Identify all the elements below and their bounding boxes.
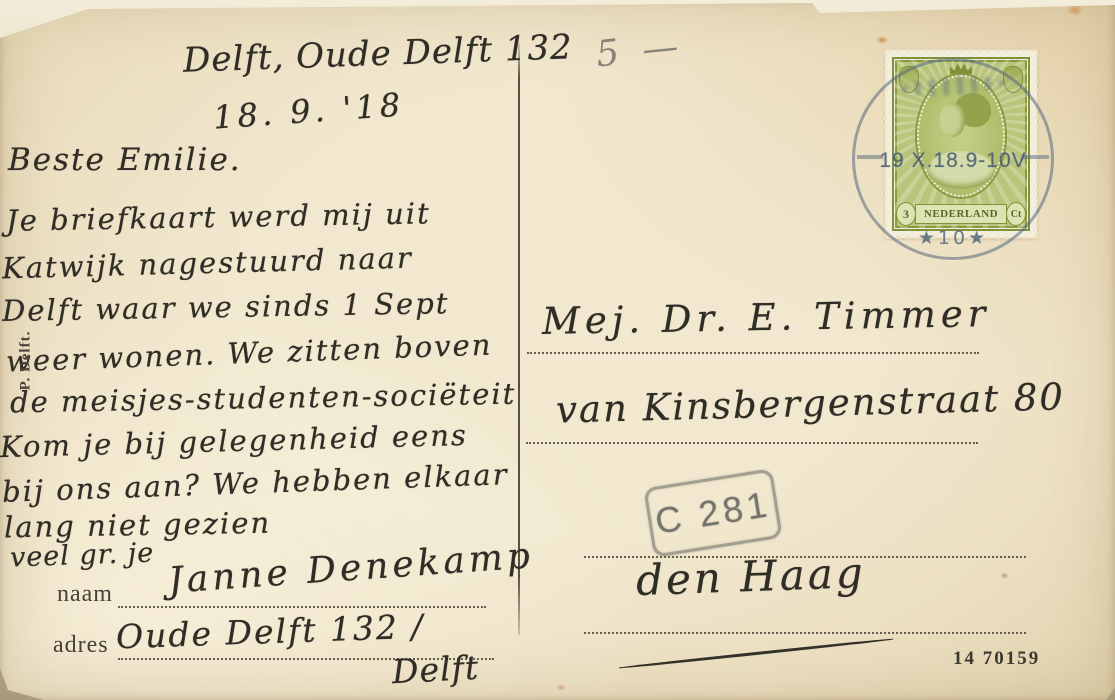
name-dotted-line — [118, 606, 486, 608]
foxing-spot — [1000, 572, 1009, 579]
address-line-2: van Kinsbergenstraat 80 — [556, 375, 1066, 431]
handwritten-address-city: Delft — [391, 648, 480, 692]
address-line-1: Mej. Dr. E. Timmer — [542, 292, 991, 343]
message-line: weer wonen. We zitten boven — [6, 328, 493, 379]
message-line: Kom je bij gelegenheid eens — [0, 418, 468, 464]
postcard-scan: Delft, Oude Delft 132 18. 9. '18 Beste E… — [0, 0, 1115, 700]
message-line: Je briefkaart werd mij uit — [6, 196, 431, 237]
address-label: adres — [53, 632, 109, 659]
foxing-spot — [556, 684, 566, 691]
message-line: de meisjes-studenten-sociëteit — [10, 377, 517, 420]
postmark-date: 19 X.18.9-10V — [855, 149, 1051, 173]
publisher-imprint: P. Delft. — [18, 311, 35, 411]
postmark-bottom-text: ★10★ — [855, 227, 1051, 249]
postmark: 19 X.18.9-10V ★10★ — [852, 58, 1054, 260]
message-line: bij ons aan? We hebben elkaar — [2, 457, 509, 509]
address-line-3: den Haag — [635, 548, 866, 605]
handwritten-address-value: Oude Delft 132 / — [115, 607, 425, 657]
signature: Janne Denekamp — [167, 535, 535, 601]
postcard: Delft, Oude Delft 132 18. 9. '18 Beste E… — [0, 0, 1115, 700]
foxing-spot — [1066, 4, 1084, 16]
message-line: Delft waar we sinds 1 Sept — [2, 286, 450, 328]
postmark-town-smudge — [900, 73, 1005, 98]
message-closing: veel gr. je — [10, 537, 155, 573]
message-line: Katwijk nagestuurd naar — [2, 241, 414, 286]
foxing-spot — [876, 36, 888, 44]
address-dotted-line-4 — [584, 632, 1026, 634]
censor-stamp-text: C 281 — [652, 483, 773, 543]
name-label: naam — [57, 581, 113, 608]
handwritten-date: 18. 9. '18 — [212, 85, 405, 136]
stamp-perforation — [885, 49, 1037, 56]
message-salutation: Beste Emilie. — [8, 142, 242, 178]
serial-number: 14 70159 — [953, 648, 1040, 670]
pencil-note: 5 — — [594, 25, 686, 75]
censor-stamp-box: C 281 — [643, 468, 782, 557]
address-dotted-line-1 — [527, 352, 979, 354]
address-dotted-line-2 — [526, 442, 978, 444]
underline-flourish — [619, 638, 894, 669]
handwritten-location-line: Delft, Oude Delft 132 — [182, 27, 573, 81]
